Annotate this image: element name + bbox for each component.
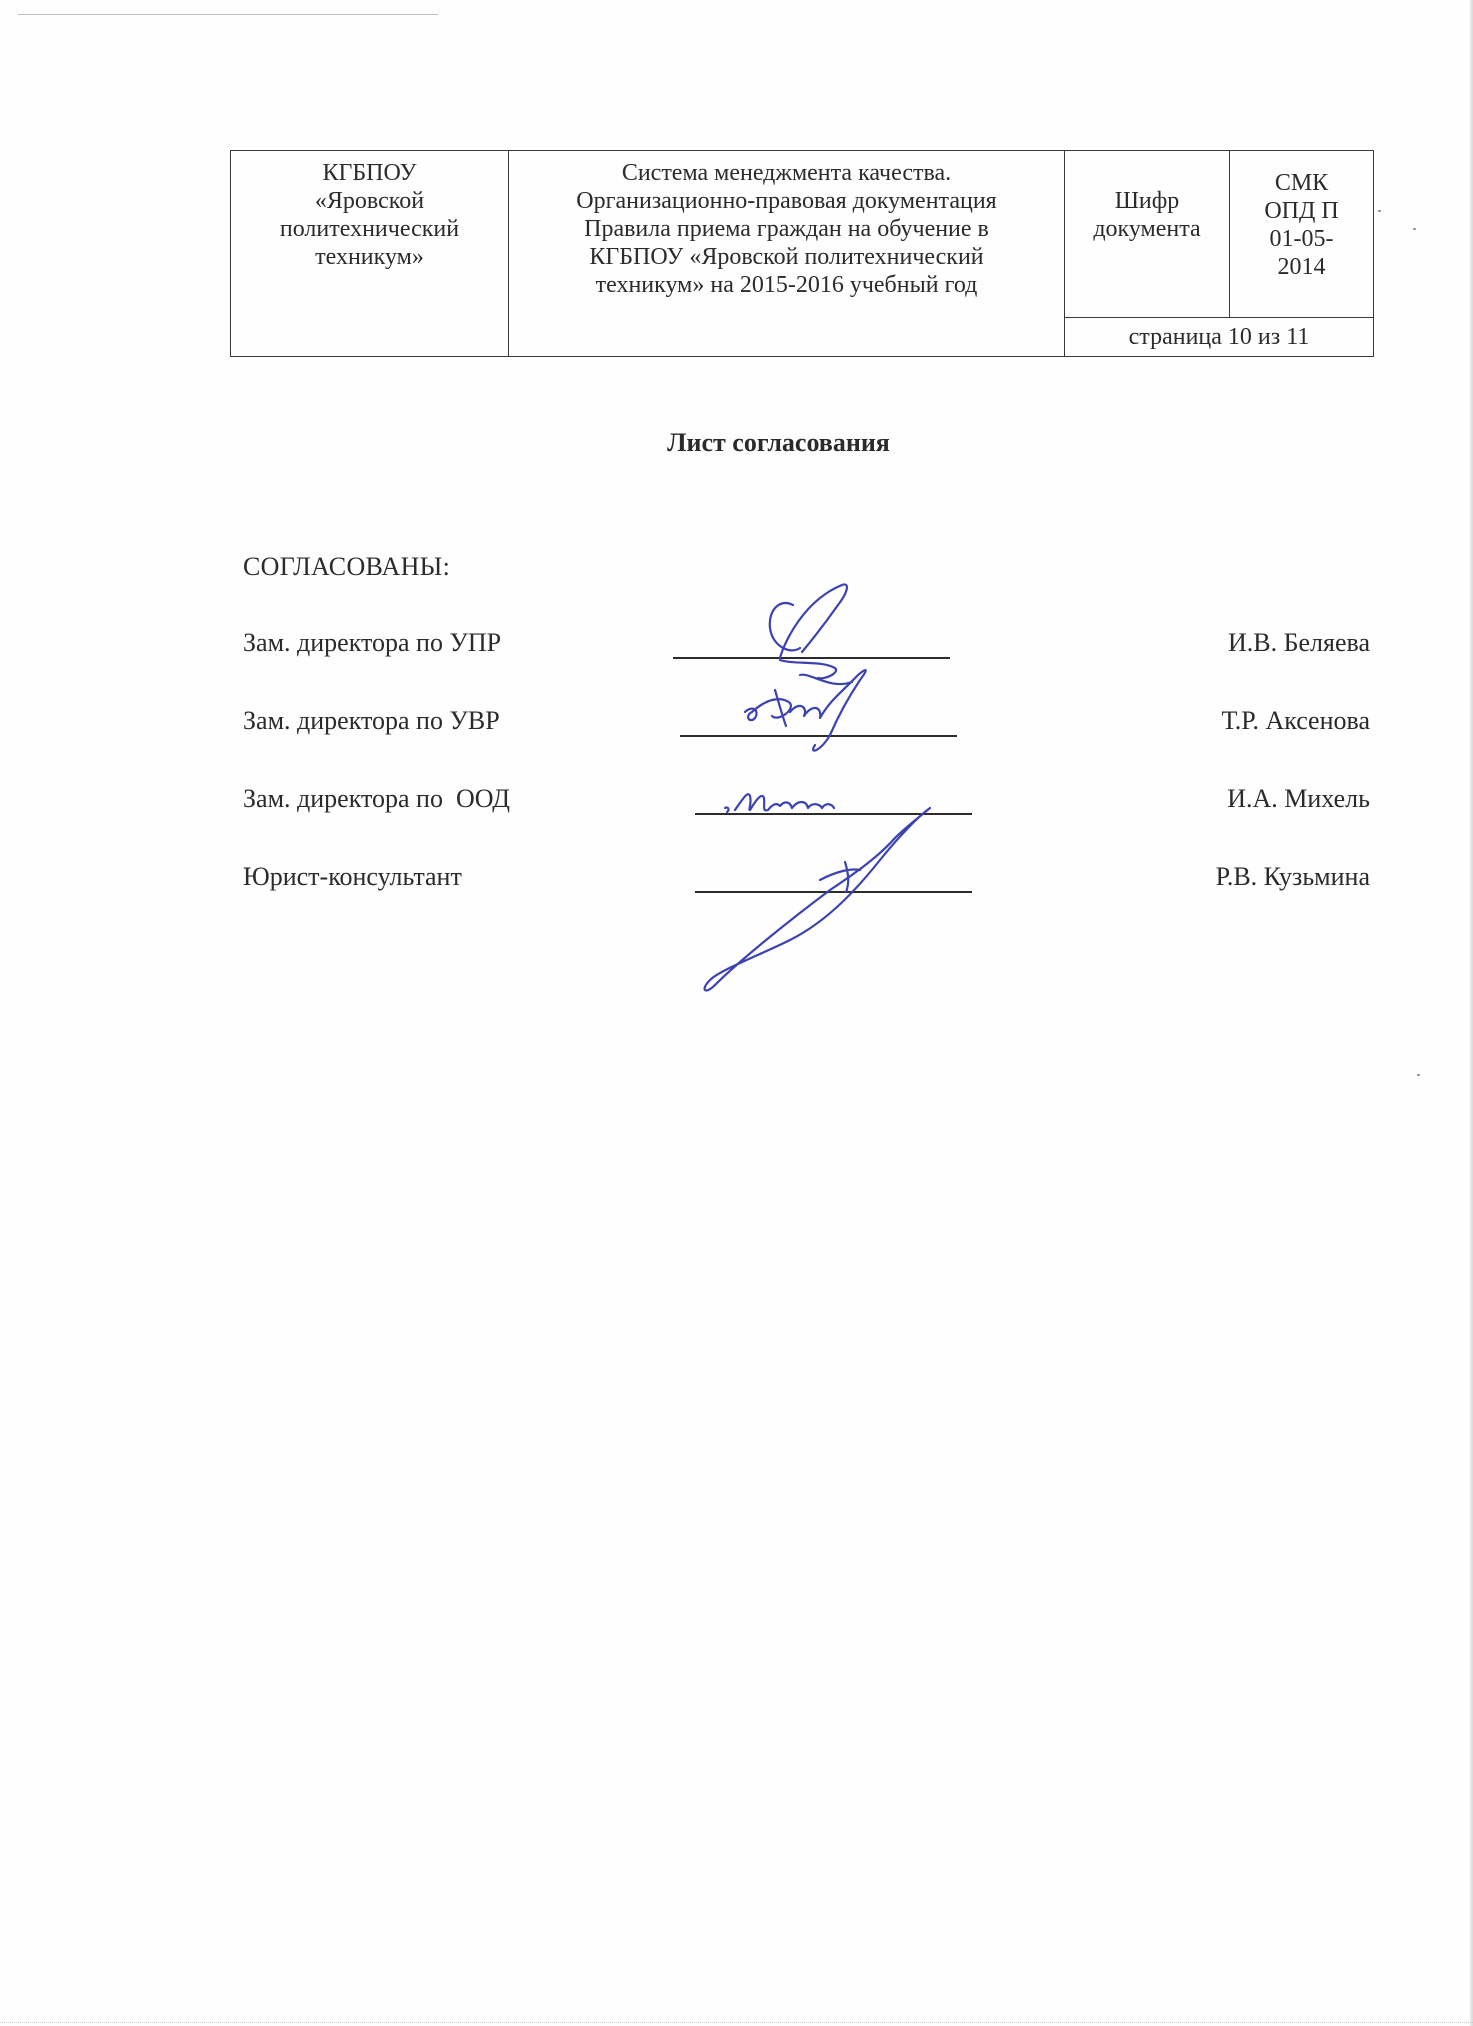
organization-line: техникум» <box>235 243 504 271</box>
document-header-table: КГБПОУ «Яровской политехнический технику… <box>230 150 1374 357</box>
signature-line <box>695 891 972 893</box>
signature-line <box>680 735 957 737</box>
document-title-line: техникум» на 2015-2016 учебный год <box>513 271 1060 299</box>
document-title-line: Система менеджмента качества. <box>513 159 1060 187</box>
document-code-value-cell: СМК ОПД П 01-05- 2014 <box>1230 151 1374 318</box>
document-title-line: КГБПОУ «Яровской политехнический <box>513 243 1060 271</box>
code-value-line: 01-05- <box>1234 225 1369 253</box>
document-title-cell: Система менеджмента качества. Организаци… <box>509 151 1065 357</box>
page-number-cell: страница 10 из 11 <box>1065 318 1374 357</box>
signatory-role: Юрист-консультант <box>243 862 462 892</box>
signatory-row: Зам. директора по ООД И.А. Михель <box>0 784 1473 824</box>
document-title-line: Организационно-правовая документация <box>513 187 1060 215</box>
signatory-name: Т.Р. Аксенова <box>1221 706 1370 736</box>
signatory-row: Юрист-консультант Р.В. Кузьмина <box>0 862 1473 902</box>
signature-line <box>673 657 950 659</box>
scan-edge-bottom <box>0 2022 1473 2023</box>
organization-line: политехнический <box>235 215 504 243</box>
code-value-line: СМК <box>1234 169 1369 197</box>
signatory-name: И.А. Михель <box>1227 784 1370 814</box>
code-value-line: ОПД П <box>1234 197 1369 225</box>
scan-speck <box>1413 228 1416 230</box>
signatory-name: Р.В. Кузьмина <box>1216 862 1370 892</box>
signature-line <box>695 813 972 815</box>
scanned-page: КГБПОУ «Яровской политехнический технику… <box>0 0 1473 2026</box>
code-value-line: 2014 <box>1234 253 1369 281</box>
organization-line: КГБПОУ <box>235 159 504 187</box>
organization-cell: КГБПОУ «Яровской политехнический технику… <box>231 151 509 357</box>
scan-speck <box>1417 1074 1420 1076</box>
signatory-row: Зам. директора по УВР Т.Р. Аксенова <box>0 706 1473 746</box>
signatory-role: Зам. директора по УПР <box>243 628 501 658</box>
page-title: Лист согласования <box>0 428 1473 458</box>
signatory-role: Зам. директора по УВР <box>243 706 500 736</box>
document-code-label-cell: Шифр документа <box>1065 151 1230 318</box>
scan-edge-top <box>18 14 438 15</box>
signatory-name: И.В. Беляева <box>1228 628 1370 658</box>
organization-line: «Яровской <box>235 187 504 215</box>
document-title-line: Правила приема граждан на обучение в <box>513 215 1060 243</box>
code-label-line: документа <box>1069 215 1225 243</box>
signatory-role: Зам. директора по ООД <box>243 784 510 814</box>
signatory-row: Зам. директора по УПР И.В. Беляева <box>0 628 1473 668</box>
scan-speck <box>1378 210 1381 212</box>
code-label-line: Шифр <box>1069 187 1225 215</box>
approved-heading: СОГЛАСОВАНЫ: <box>243 552 450 582</box>
